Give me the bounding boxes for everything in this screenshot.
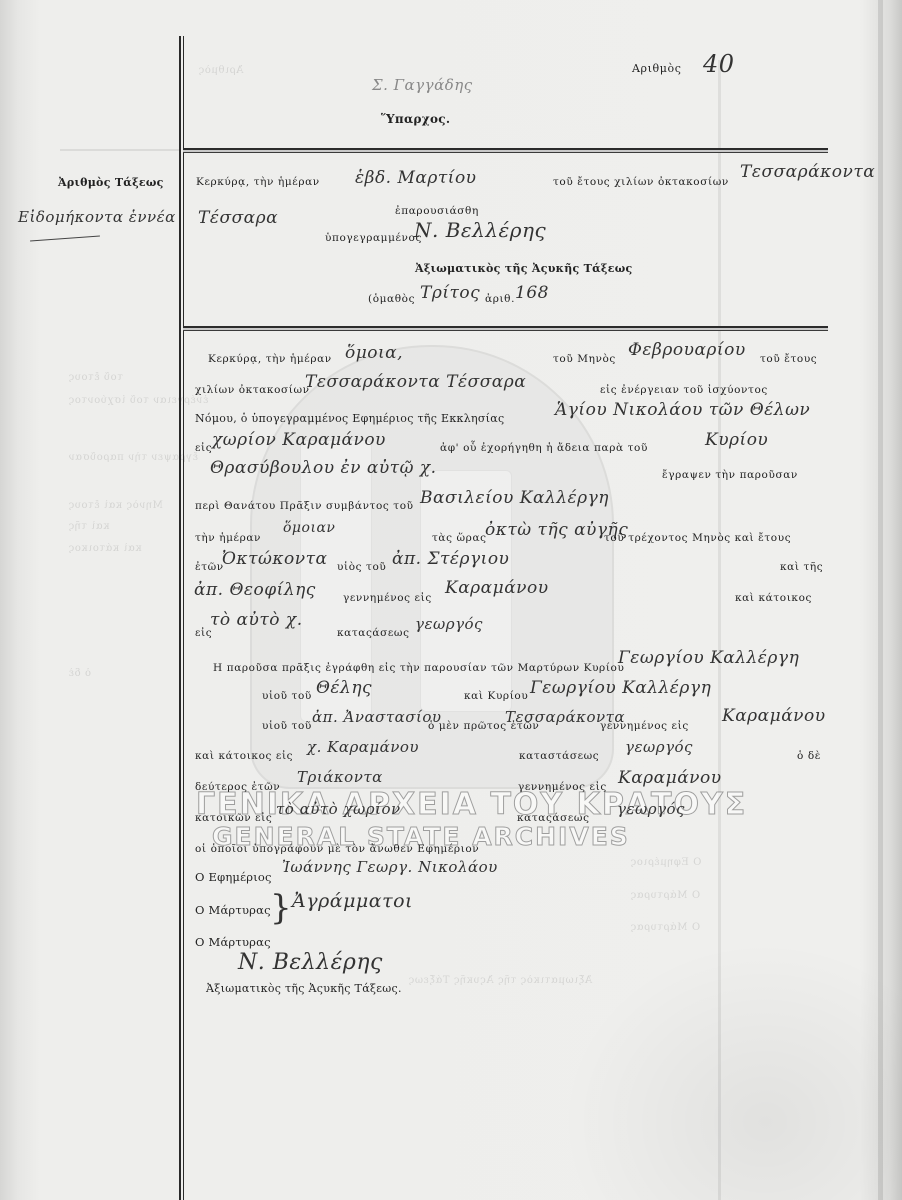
status-value: γεωργός bbox=[415, 615, 483, 633]
bleed-through-rule bbox=[60, 149, 180, 151]
resident-label: καὶ κάτοικος bbox=[735, 592, 812, 604]
son-of-label: υἱὸς τοῦ bbox=[337, 561, 386, 573]
second-birthplace: Καραμάνου bbox=[618, 768, 722, 788]
village-name: χωρίον Καραμάνου bbox=[212, 430, 386, 450]
sign-with-label: οἱ ὁποῖοι ὑπογράφουν μὲ τὸν ἄνωθεν Εφημέ… bbox=[195, 843, 479, 855]
age-value: Ὀκτώκοντα bbox=[222, 549, 327, 569]
bleed-through-text: καὶ κάτοικος bbox=[68, 543, 142, 554]
second-age-value: Τριάκοντα bbox=[297, 768, 383, 786]
father-name: ἀπ. Στέργιου bbox=[392, 549, 509, 569]
witness-signature: Ἀγράμματοι bbox=[292, 890, 413, 912]
officer-title-bottom: Ἀξιωματικὸς τῆς Ἀςυκῆς Τάξεως. bbox=[206, 982, 402, 995]
bleed-through-text: Ο Μάρτυρας bbox=[630, 890, 700, 901]
top-year-value: Τεσσαράκοντα bbox=[740, 162, 875, 182]
born-in-label-w1: γεννημένος εἰς bbox=[600, 720, 689, 732]
and-mr-label: καὶ Κυρίου bbox=[464, 690, 528, 702]
month-label: τοῦ Μηνὸς bbox=[553, 353, 616, 365]
son-of-label-w2: υἱοῦ τοῦ bbox=[262, 720, 312, 732]
squad-value: Τρίτος bbox=[420, 283, 480, 303]
death-date-value: ὅμοια, bbox=[345, 343, 403, 363]
permit-grantor: Θρασύβουλου ἐν αὐτῷ χ. bbox=[210, 458, 437, 478]
priest-intro: Νόμου, ὁ ὑπογεγραμμένος Εφημέριος τῆς Εκ… bbox=[195, 412, 504, 425]
son-of-label-w1: υἱοῦ τοῦ bbox=[262, 690, 312, 702]
witness2-father: ἀπ. Ἀναστασίου bbox=[312, 708, 442, 726]
second-residence: τὸ αὐτὸ χωρίον bbox=[276, 800, 401, 818]
bleed-through-text: Ο Εφημέριος bbox=[630, 857, 701, 868]
top-year-label: τοῦ ἔτους χιλίων ὀκτακοσίων bbox=[553, 176, 729, 188]
year-value: Τεσσαράκοντα Τέσσαρα bbox=[305, 372, 526, 392]
priest-label: Ο Εφημέριος bbox=[195, 870, 272, 884]
bleed-through-column-line bbox=[718, 60, 721, 1200]
signed-name: Ν. Βελλέρης bbox=[414, 218, 546, 242]
bleed-through-text: ἐνέργειαν τοῦ ἰσχύοντος bbox=[68, 395, 208, 406]
deceased-name: Βασιλείου Καλλέργη bbox=[420, 488, 609, 508]
witness-intro: Η παροῦσα πρᾶξις ἐγράφθη εἰς τὴν παρουσί… bbox=[213, 662, 624, 674]
presented-label: ἐπαρουσιάσθη bbox=[395, 205, 479, 217]
witness-label-2: Ο Μάρτυρας bbox=[195, 935, 271, 949]
age-label: ἐτῶν bbox=[195, 561, 224, 573]
bleed-through-text: Ἀξιωματικὸς τῆς Ἀςυκῆς Τάξεως bbox=[408, 975, 592, 986]
squad-number-label: ἀριθ. bbox=[485, 293, 515, 305]
officer-signature: Ν. Βελλέρης bbox=[238, 950, 383, 975]
witness-label-1: Ο Μάρτυρας bbox=[195, 903, 271, 917]
and-of-label: καὶ τῆς bbox=[780, 561, 823, 573]
prefect-title: Ὕπαρχος. bbox=[381, 112, 450, 126]
second-status: γεωργός bbox=[617, 800, 685, 818]
bleed-through-text: Ο Μάρτυρας bbox=[630, 922, 700, 933]
residence: τὸ αὐτὸ χ. bbox=[210, 610, 303, 630]
current-month-label: τοῦ τρέχοντος Μηνὸς καὶ ἔτους bbox=[604, 532, 791, 544]
birthplace: Καραμάνου bbox=[445, 578, 549, 598]
witness2-name: Γεωργίου Καλλέργη bbox=[530, 678, 711, 698]
bracket-brace: } bbox=[270, 888, 292, 928]
first-status: γεωργός bbox=[625, 738, 693, 756]
wrote-present-label: ἔγραψεν τὴν παροῦσαν bbox=[662, 469, 798, 481]
year-label: τοῦ ἔτους bbox=[760, 353, 817, 365]
left-border-double-rule bbox=[179, 36, 184, 1200]
hours-label: τὰς ὥρας bbox=[432, 532, 487, 544]
bleed-through-text: Ἀριθμὸς bbox=[198, 65, 243, 76]
signed-label: ὑπογεγραμμένος bbox=[325, 232, 422, 244]
top-date-label: Κερκύρᾳ, τὴν ἡμέραν bbox=[196, 176, 320, 188]
paper-shadow bbox=[560, 940, 902, 1200]
year-thousands-label: χιλίων ὀκτακοσίων bbox=[195, 384, 310, 396]
document-number-label: Αριθμὸς bbox=[632, 62, 681, 75]
born-in-label: γεννημένος εἰς bbox=[343, 592, 432, 604]
law-label: εἰς ἐνέργειαν τοῦ ἰσχύοντος bbox=[600, 384, 768, 396]
bleed-through-text: ὁ δὲ bbox=[68, 668, 91, 679]
in-label: εἰς bbox=[195, 442, 212, 454]
section-divider-rule bbox=[183, 326, 828, 331]
permit-label: ἀφ' οὗ ἐχορήγηθη ἡ ἄδεια παρὰ τοῦ bbox=[440, 442, 648, 454]
top-date-value: ἑβδ. Μαρτίου bbox=[355, 168, 477, 188]
officer-title: Ἀξιωματικὸς τῆς Ἀςυκῆς Τάξεως bbox=[415, 262, 632, 275]
month-value: Φεβρουαρίου bbox=[628, 340, 746, 360]
document-number-value: 40 bbox=[703, 50, 735, 78]
prefect-signature: Σ. Γαγγάδης bbox=[372, 76, 473, 94]
bleed-through-text: Μηνὸς καὶ ἔτους bbox=[68, 500, 163, 511]
the-other-label: ὁ δὲ bbox=[797, 750, 821, 762]
day-value: ὅμοιαν bbox=[283, 520, 335, 536]
status-label-w1: καταστάσεως bbox=[519, 750, 599, 762]
header-divider-rule bbox=[183, 148, 828, 153]
resident-label-w1: καὶ κάτοικος εἰς bbox=[195, 750, 293, 762]
status-label: καταςάσεως bbox=[337, 627, 410, 639]
order-number-label: Ἀριθμὸς Τάξεως bbox=[58, 176, 164, 189]
priest-signature: Ἰωάννης Γεωργ. Νικολάου bbox=[282, 858, 498, 876]
top-year-value-cont: Τέσσαρα bbox=[198, 208, 278, 228]
bleed-through-text: τοῦ ἔτους bbox=[68, 372, 123, 383]
witness1-name: Γεωργίου Καλλέργη bbox=[618, 648, 799, 668]
day-label: τὴν ἡμέραν bbox=[195, 532, 261, 544]
mother-name: ἀπ. Θεοφίλης bbox=[194, 580, 316, 600]
order-number-value: Εἰδομήκοντα ἑννέα bbox=[18, 208, 176, 226]
squad-label: (ὁμαθὸς bbox=[368, 293, 415, 305]
death-date-label: Κερκύρᾳ, τὴν ἡμέραν bbox=[208, 353, 332, 365]
page-edge-line bbox=[878, 0, 883, 1200]
death-act-label: περὶ Θανάτου Πρᾶξιν συμβάντος τοῦ bbox=[195, 500, 414, 512]
witness1-father: Θέλης bbox=[316, 678, 372, 698]
permit-from-value: Κυρίου bbox=[705, 430, 768, 450]
church-name: Ἁγίου Νικολάου τῶν Θέλων bbox=[555, 400, 810, 420]
first-birthplace: Καραμάνου bbox=[722, 706, 826, 726]
first-residence: χ. Καραμάνου bbox=[307, 738, 419, 756]
squad-number-value: 168 bbox=[515, 283, 549, 303]
bleed-through-text: καὶ τῆς bbox=[68, 521, 109, 532]
